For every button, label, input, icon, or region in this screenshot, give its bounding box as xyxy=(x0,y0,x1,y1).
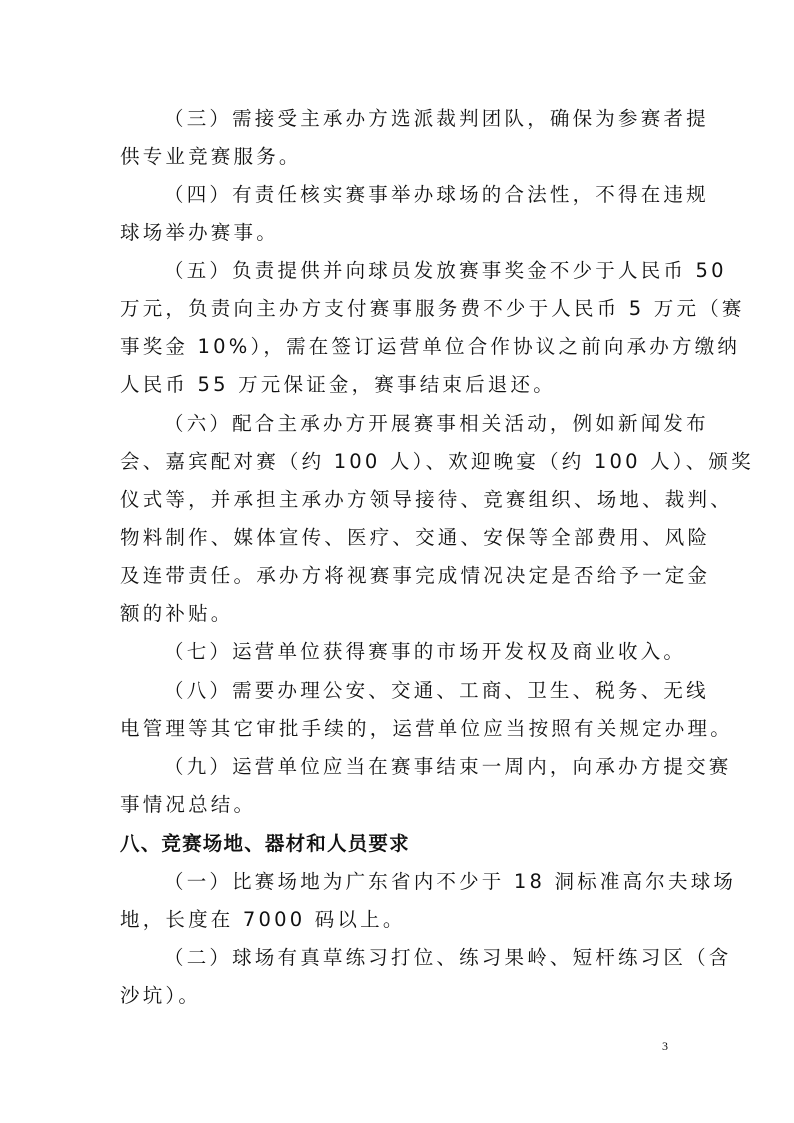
paragraph-line: 万元，负责向主办方支付赛事服务费不少于人民币 5 万元（赛 xyxy=(120,290,676,328)
paragraph-first-line: （三）需接受主承办方选派裁判团队，确保为参赛者提 xyxy=(164,100,676,138)
paragraph-first-line: （四）有责任核实赛事举办球场的合法性，不得在违规 xyxy=(164,176,676,214)
paragraph-line: 事情况总结。 xyxy=(120,786,676,824)
paragraph-line: 及连带责任。承办方将视赛事完成情况决定是否给予一定金 xyxy=(120,557,676,595)
paragraph-first-line: （六）配合主承办方开展赛事相关活动，例如新闻发布 xyxy=(164,405,676,443)
paragraph-line: 电管理等其它审批手续的，运营单位应当按照有关规定办理。 xyxy=(120,710,676,748)
paragraph-line: 事奖金 10%），需在签订运营单位合作协议之前向承办方缴纳 xyxy=(120,328,676,366)
paragraph-line: 球场举办赛事。 xyxy=(120,214,676,252)
page-number: 3 xyxy=(662,1039,668,1054)
section-heading: 八、竞赛场地、器材和人员要求 xyxy=(120,825,676,863)
paragraph-first-line: （五）负责提供并向球员发放赛事奖金不少于人民币 50 xyxy=(164,252,676,290)
paragraph-first-line: （八）需要办理公安、交通、工商、卫生、税务、无线 xyxy=(164,672,676,710)
document-page: （三）需接受主承办方选派裁判团队，确保为参赛者提供专业竞赛服务。（四）有责任核实… xyxy=(0,0,794,1123)
paragraph-line: 沙坑）。 xyxy=(120,977,676,1015)
paragraph-line: 供专业竞赛服务。 xyxy=(120,138,676,176)
paragraph-line: 额的补贴。 xyxy=(120,595,676,633)
paragraph-line: 物料制作、媒体宣传、医疗、交通、安保等全部费用、风险 xyxy=(120,519,676,557)
paragraph-first-line: （九）运营单位应当在赛事结束一周内，向承办方提交赛 xyxy=(164,748,676,786)
paragraph-line: 地，长度在 7000 码以上。 xyxy=(120,901,676,939)
paragraph-line: 人民币 55 万元保证金，赛事结束后退还。 xyxy=(120,366,676,404)
paragraph-line: 会、嘉宾配对赛（约 100 人）、欢迎晚宴（约 100 人）、颁奖 xyxy=(120,443,676,481)
paragraph-line: 仪式等，并承担主承办方领导接待、竞赛组织、场地、裁判、 xyxy=(120,481,676,519)
paragraph-first-line: （二）球场有真草练习打位、练习果岭、短杆练习区（含 xyxy=(164,939,676,977)
paragraph-first-line: （七）运营单位获得赛事的市场开发权及商业收入。 xyxy=(164,633,676,671)
paragraph-first-line: （一）比赛场地为广东省内不少于 18 洞标准高尔夫球场 xyxy=(164,863,676,901)
